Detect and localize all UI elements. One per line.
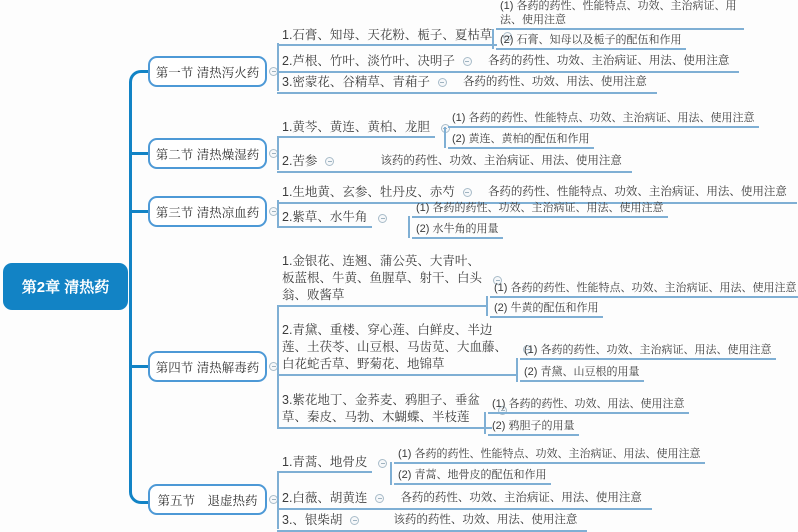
detail-text: 各药的药性、性能特点、功效、主治病证、用法、使用注意 <box>488 184 787 200</box>
topic-label: 1.黄芩、黄连、黄柏、龙胆 <box>277 119 435 138</box>
topic-node[interactable]: 3.、银柴胡 该药的药性、功效、用法、使用注意 <box>277 512 587 532</box>
connector-spine <box>484 412 486 434</box>
topic-label: 3.、银柴胡 <box>282 512 342 528</box>
detail-node[interactable]: (2) 青蒿、地骨皮的配伍和作用 <box>394 468 551 485</box>
topic-label: 3.密蒙花、谷精草、青葙子 <box>282 74 430 90</box>
topic-node[interactable]: 3.紫花地丁、金荞麦、鸦胆子、垂盆草、秦皮、马勃、木蝴蝶、半枝莲 <box>277 392 507 429</box>
trunk-line <box>129 84 132 487</box>
topic-label: 2.白薇、胡黄连 <box>282 490 367 506</box>
detail-node[interactable]: (1) 各药的药性、性能特点、功效、主治病证、用法、使用注意 <box>490 281 798 298</box>
collapse-icon[interactable] <box>378 459 387 468</box>
collapse-icon[interactable] <box>378 214 387 223</box>
collapse-icon[interactable] <box>350 516 359 525</box>
topic-node[interactable]: 2.苦参 该药的药性、功效、主治病证、用法、使用注意 <box>277 153 632 173</box>
topic-label: 2.紫草、水牛角 <box>277 209 372 228</box>
mindmap-canvas: 第2章 清热药 第一节 清热泻火药 第二节 清热燥湿药 第三节 清热凉血药 第四… <box>0 0 798 532</box>
connector-spine <box>444 127 446 148</box>
section-node-1[interactable]: 第一节 清热泻火药 <box>148 56 267 87</box>
section-node-4[interactable]: 第四节 清热解毒药 <box>148 351 267 382</box>
topic-node[interactable]: 1.金银花、连翘、蒲公英、大青叶、板蓝根、牛黄、鱼腥草、射干、白头翁、败酱草 <box>277 253 502 307</box>
trunk-branch-line <box>131 152 148 155</box>
detail-text: 各药的药性、功效、主治病证、用法、使用注意 <box>488 53 730 69</box>
detail-node[interactable]: (1) 各药的药性、功效、主治病证、用法、使用注意 <box>412 201 668 218</box>
topic-label: 2.芦根、竹叶、淡竹叶、决明子 <box>282 53 455 69</box>
detail-node[interactable]: (2) 黄连、黄柏的配伍和作用 <box>448 132 594 149</box>
detail-node[interactable]: (2) 牛黄的配伍和作用 <box>490 301 603 318</box>
detail-node[interactable]: (2) 青黛、山豆根的用量 <box>520 365 644 382</box>
topic-label: 1.金银花、连翘、蒲公英、大青叶、板蓝根、牛黄、鱼腥草、射干、白头翁、败酱草 <box>277 253 487 307</box>
detail-node[interactable]: (1) 各药的药性、功效、主治病证、用法、使用注意 <box>520 343 776 360</box>
topic-label: 3.紫花地丁、金荞麦、鸦胆子、垂盆草、秦皮、马勃、木蝴蝶、半枝莲 <box>277 392 492 429</box>
connector-spine <box>486 296 488 316</box>
topic-label: 1.石膏、知母、天花粉、栀子、夏枯草 <box>277 27 497 46</box>
collapse-icon[interactable] <box>463 57 472 66</box>
detail-node[interactable]: (2) 鸦胆子的用量 <box>488 419 579 436</box>
detail-text: 该药的药性、功效、用法、使用注意 <box>393 512 577 528</box>
section-node-5[interactable]: 第五节 退虚热药 <box>148 484 267 515</box>
root-topic[interactable]: 第2章 清热药 <box>3 263 128 310</box>
topic-node[interactable]: 2.白薇、胡黄连 各药的药性、功效、主治病证、用法、使用注意 <box>277 490 652 510</box>
collapse-icon[interactable] <box>463 188 472 197</box>
trunk-branch-line <box>131 365 148 368</box>
detail-node[interactable]: (2) 石膏、知母以及栀子的配伍和作用 <box>496 33 686 50</box>
collapse-icon[interactable] <box>325 157 334 166</box>
topic-node[interactable]: 2.芦根、竹叶、淡竹叶、决明子 各药的药性、功效、主治病证、用法、使用注意 <box>277 53 739 73</box>
detail-node[interactable]: (2) 水牛角的用量 <box>412 222 503 239</box>
topic-node[interactable]: 2.紫草、水牛角 <box>277 209 387 228</box>
section-node-2[interactable]: 第二节 清热燥湿药 <box>148 138 267 169</box>
detail-node[interactable]: (1) 各药的药性、功效、用法、使用注意 <box>488 397 689 414</box>
topic-node[interactable]: 2.青黛、重楼、穿心莲、白鲜皮、半边莲、土茯苓、山豆根、马齿苋、大血藤、白花蛇舌… <box>277 322 532 376</box>
detail-text: 该药的药性、功效、主治病证、用法、使用注意 <box>380 153 622 169</box>
connector-spine <box>408 216 410 238</box>
topic-node[interactable]: 1.黄芩、黄连、黄柏、龙胆 <box>277 119 450 138</box>
collapse-icon[interactable] <box>438 78 447 87</box>
connector-spine <box>492 29 494 49</box>
topic-node[interactable]: 3.密蒙花、谷精草、青葙子 各药的药性、功效、用法、使用注意 <box>277 74 657 94</box>
trunk-branch-line <box>131 210 148 213</box>
connector-spine <box>516 358 518 382</box>
connector-spine <box>390 462 392 485</box>
detail-text: 各药的药性、功效、用法、使用注意 <box>463 74 647 90</box>
topic-node[interactable]: 1.青蒿、地骨皮 <box>277 454 387 473</box>
topic-label: 1.生地黄、玄参、牡丹皮、赤芍 <box>282 184 455 200</box>
detail-text: 各药的药性、功效、主治病证、用法、使用注意 <box>400 490 642 506</box>
topic-label: 2.苦参 <box>282 153 317 169</box>
detail-node[interactable]: (1) 各药的药性、性能特点、功效、主治病证、用法、使用注意 <box>496 0 744 30</box>
topic-node[interactable]: 1.石膏、知母、天花粉、栀子、夏枯草 <box>277 27 512 46</box>
section-node-3[interactable]: 第三节 清热凉血药 <box>148 196 267 227</box>
collapse-icon[interactable] <box>375 494 384 503</box>
topic-label: 2.青黛、重楼、穿心莲、白鲜皮、半边莲、土茯苓、山豆根、马齿苋、大血藤、白花蛇舌… <box>277 322 517 376</box>
detail-node[interactable]: (1) 各药的药性、性能特点、功效、主治病证、用法、使用注意 <box>394 447 705 464</box>
topic-label: 1.青蒿、地骨皮 <box>277 454 372 473</box>
detail-node[interactable]: (1) 各药的药性、性能特点、功效、主治病证、用法、使用注意 <box>448 111 759 128</box>
